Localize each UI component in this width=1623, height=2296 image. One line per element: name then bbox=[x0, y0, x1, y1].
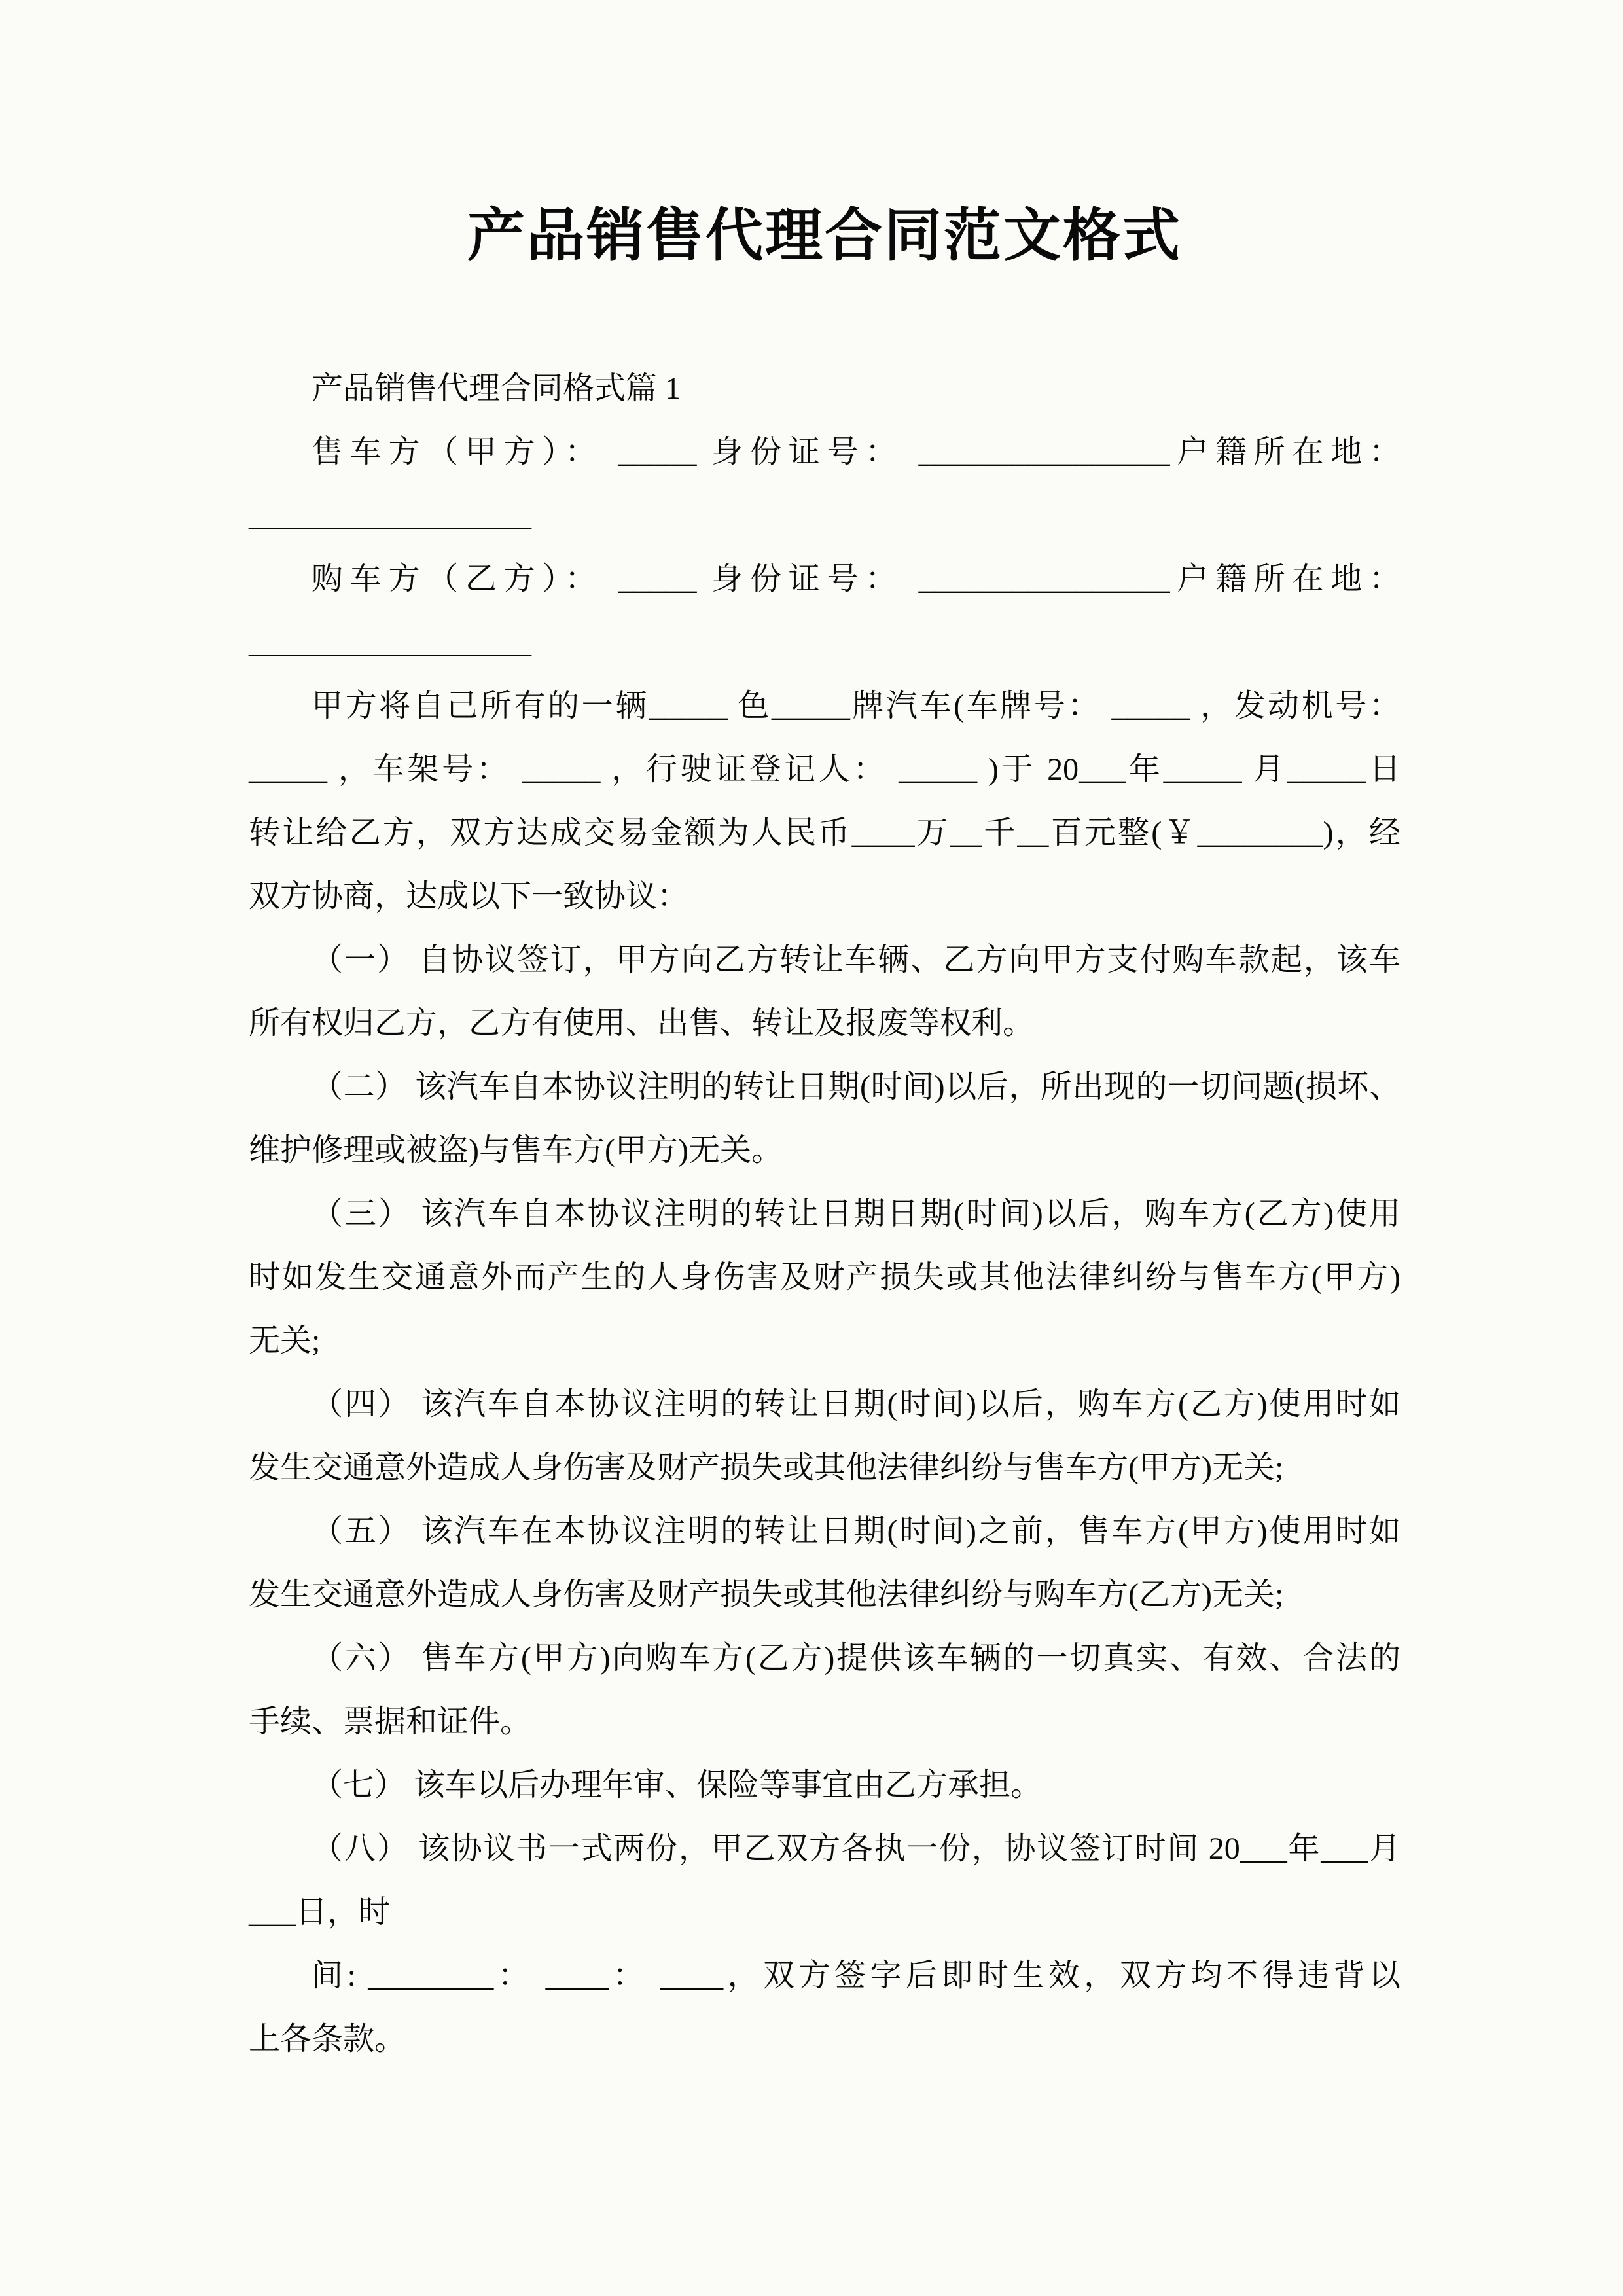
contract-line: 手续、票据和证件。 bbox=[249, 1690, 1400, 1753]
contract-line: ___日，时 bbox=[249, 1880, 1400, 1944]
contract-clause-line: （一） 自协议签订，甲方向乙方转让车辆、乙方向甲方支付购车款起，该车 bbox=[249, 928, 1400, 992]
blank-underline-line: __________________ bbox=[249, 611, 1400, 674]
contract-line: 维护修理或被盗)与售车方(甲方)无关。 bbox=[249, 1119, 1400, 1182]
contract-line: 售车方（甲方）： _____ 身份证号： ________________户籍所… bbox=[249, 420, 1400, 484]
contract-line: 间: ________： ____： ____，双方签字后即时生效，双方均不得违… bbox=[249, 1944, 1400, 2007]
contract-line: 发生交通意外造成人身伤害及财产损失或其他法律纠纷与售车方(甲方)无关; bbox=[249, 1436, 1400, 1499]
contract-line: 甲方将自己所有的一辆_____ 色_____牌汽车(车牌号： _____ ，发动… bbox=[249, 674, 1400, 738]
contract-line: 上各条款。 bbox=[249, 2007, 1400, 2071]
contract-line: 时如发生交通意外而产生的人身伤害及财产损失或其他法律纠纷与售车方(甲方) bbox=[249, 1246, 1400, 1309]
contract-line: 发生交通意外造成人身伤害及财产损失或其他法律纠纷与购车方(乙方)无关; bbox=[249, 1563, 1400, 1626]
document-body: 产品销售代理合同格式篇 1 售车方（甲方）： _____ 身份证号： _____… bbox=[249, 357, 1400, 2071]
contract-line: 双方协商，达成以下一致协议： bbox=[249, 865, 1400, 928]
contract-line: 无关; bbox=[249, 1309, 1400, 1372]
document-page: 产品销售代理合同范文格式 产品销售代理合同格式篇 1 售车方（甲方）： ____… bbox=[0, 0, 1623, 2296]
section-heading-line: 产品销售代理合同格式篇 1 bbox=[249, 357, 1400, 420]
contract-clause-line: （五） 该汽车在本协议注明的转让日期(时间)之前，售车方(甲方)使用时如 bbox=[249, 1499, 1400, 1563]
contract-clause-line: （二） 该汽车自本协议注明的转让日期(时间)以后，所出现的一切问题(损坏、 bbox=[249, 1055, 1400, 1119]
contract-clause-line: （八） 该协议书一式两份，甲乙双方各执一份，协议签订时间 20___年___月 bbox=[249, 1817, 1400, 1880]
contract-line: 所有权归乙方，乙方有使用、出售、转让及报废等权利。 bbox=[249, 992, 1400, 1055]
document-title: 产品销售代理合同范文格式 bbox=[249, 200, 1400, 274]
blank-underline-line: __________________ bbox=[249, 484, 1400, 547]
contract-line: 转让给乙方，双方达成交易金额为人民币____万__千__百元整(￥_______… bbox=[249, 801, 1400, 865]
contract-clause-line: （七） 该车以后办理年审、保险等事宜由乙方承担。 bbox=[249, 1753, 1400, 1817]
contract-clause-line: （三） 该汽车自本协议注明的转让日期日期(时间)以后，购车方(乙方)使用 bbox=[249, 1182, 1400, 1246]
contract-line: 购车方（乙方）： _____ 身份证号： ________________户籍所… bbox=[249, 547, 1400, 611]
contract-clause-line: （六） 售车方(甲方)向购车方(乙方)提供该车辆的一切真实、有效、合法的 bbox=[249, 1626, 1400, 1690]
contract-clause-line: （四） 该汽车自本协议注明的转让日期(时间)以后，购车方(乙方)使用时如 bbox=[249, 1372, 1400, 1436]
contract-line: _____ ，车架号： _____ ，行驶证登记人： _____ )于 20__… bbox=[249, 738, 1400, 801]
